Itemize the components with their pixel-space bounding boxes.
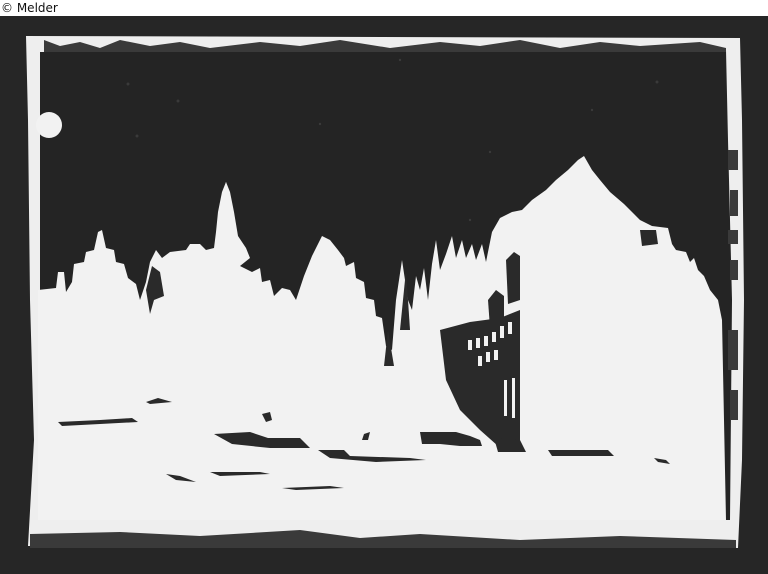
copyright-author: Melder xyxy=(17,1,58,15)
bright-spot xyxy=(36,112,62,138)
photograph xyxy=(0,16,768,574)
photo-canvas xyxy=(0,16,768,574)
copyright-credit: © Melder xyxy=(1,0,58,16)
copyright-symbol: © xyxy=(1,1,13,15)
